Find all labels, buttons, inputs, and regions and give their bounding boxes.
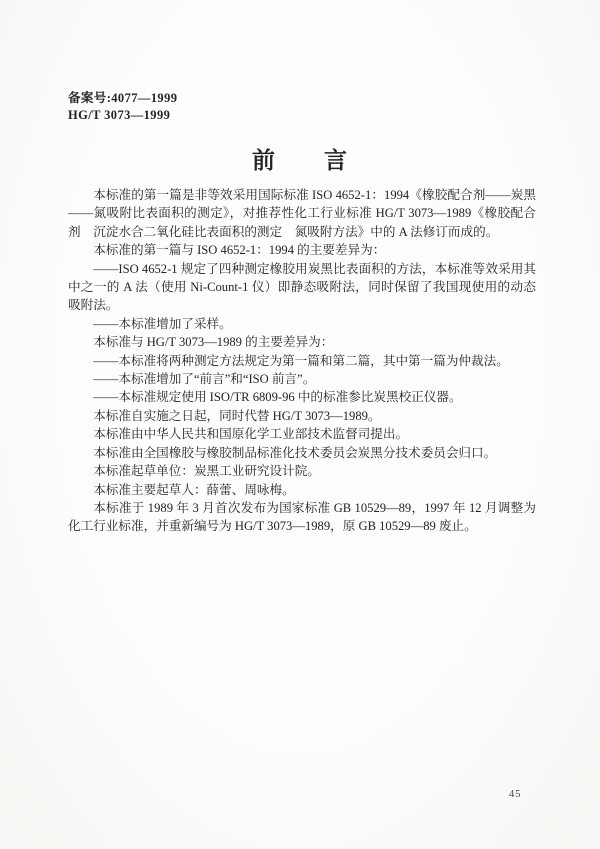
paragraph: 本标准起草单位：炭黑工业研究设计院。 xyxy=(68,462,536,480)
paragraph: ——本标准将两种测定方法规定为第一篇和第二篇，其中第一篇为仲裁法。 xyxy=(68,352,536,370)
record-number: 备案号:4077—1999 xyxy=(68,90,177,107)
paragraph: 本标准主要起草人：薛蕾、周咏梅。 xyxy=(68,481,536,499)
paragraph: ——本标准增加了采样。 xyxy=(68,315,536,333)
paragraph: 本标准与 HG/T 3073—1989 的主要差异为： xyxy=(68,333,536,351)
paragraph: 本标准的第一篇与 ISO 4652-1：1994 的主要差异为： xyxy=(68,241,536,259)
page-number: 45 xyxy=(509,789,522,800)
document-header: 备案号:4077—1999 HG/T 3073—1999 xyxy=(68,90,177,124)
paragraph: 本标准的第一篇是非等效采用国际标准 ISO 4652-1：1994《橡胶配合剂—… xyxy=(68,186,536,241)
paragraph: ——本标准规定使用 ISO/TR 6809-96 中的标准参比炭黑校正仪器。 xyxy=(68,388,536,406)
paragraph: 本标准于 1989 年 3 月首次发布为国家标准 GB 10529—89，199… xyxy=(68,499,536,536)
standard-number: HG/T 3073—1999 xyxy=(68,107,177,124)
paragraph: 本标准自实施之日起，同时代替 HG/T 3073—1989。 xyxy=(68,407,536,425)
document-page: 备案号:4077—1999 HG/T 3073—1999 前 言 本标准的第一篇… xyxy=(0,0,600,849)
paragraph: 本标准由全国橡胶与橡胶制品标准化技术委员会炭黑分技术委员会归口。 xyxy=(68,444,536,462)
document-body: 本标准的第一篇是非等效采用国际标准 ISO 4652-1：1994《橡胶配合剂—… xyxy=(68,186,536,536)
paragraph: ——ISO 4652-1 规定了四种测定橡胶用炭黑比表面积的方法，本标准等效采用… xyxy=(68,260,536,315)
page-title: 前 言 xyxy=(0,142,600,175)
paragraph: ——本标准增加了“前言”和“ISO 前言”。 xyxy=(68,370,536,388)
paragraph: 本标准由中华人民共和国原化学工业部技术监督司提出。 xyxy=(68,425,536,443)
